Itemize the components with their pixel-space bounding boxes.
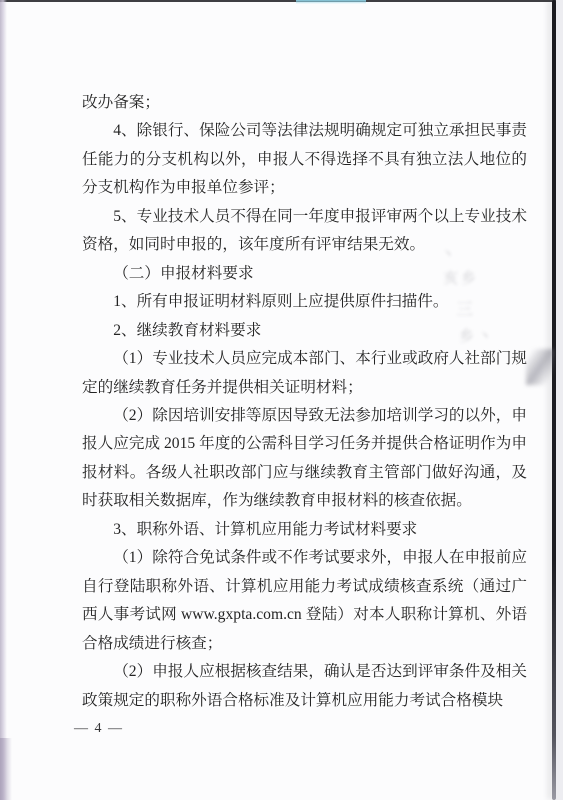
scan-edge-top-highlight [296,0,366,4]
paragraph: （1）专业技术人员应完成本部门、本行业或政府人社部门规定的继续教育任务并提供相关… [82,345,527,402]
paragraph: 改办备案； [82,89,527,117]
scan-edge-left [0,0,7,800]
scan-edge-left-bottom [0,738,12,800]
paragraph: （2）除因培训安排等原因导致无法参加培训学习的以外，申报人应完成 2015 年度… [82,402,527,516]
paragraph: （1）除符合免试条件或不作考试要求外，申报人在申报前应自行登陆职称外语、计算机应… [82,544,527,658]
paragraph: 5、专业技术人员不得在同一年度申报评审两个以上专业技术资格，如同时申报的，该年度… [82,203,527,260]
paragraph: （二）申报材料要求 [82,260,527,288]
scan-edge-top [0,0,563,2]
scan-edge-right-outer [556,0,563,800]
paragraph: 1、所有申报证明材料原则上应提供原件扫描件。 [82,288,527,316]
paragraph: 2、继续教育材料要求 [82,317,527,345]
paragraph: 3、职称外语、计算机应用能力考试材料要求 [82,516,527,544]
scan-smudge [526,349,554,385]
paragraph: （2）申报人应根据核查结果，确认是否达到评审条件及相关政策规定的职称外语合格标准… [82,658,527,715]
scanned-document-page: 丶 亥乡 三 乡丶 改办备案；4、除银行、保险公司等法律法规明确规定可独立承担民… [0,0,563,800]
document-body: 改办备案；4、除银行、保险公司等法律法规明确规定可独立承担民事责任能力的分支机构… [82,89,527,715]
paragraph: 4、除银行、保险公司等法律法规明确规定可独立承担民事责任能力的分支机构以外，申报… [82,117,527,202]
page-number: — 4 — [74,721,124,737]
